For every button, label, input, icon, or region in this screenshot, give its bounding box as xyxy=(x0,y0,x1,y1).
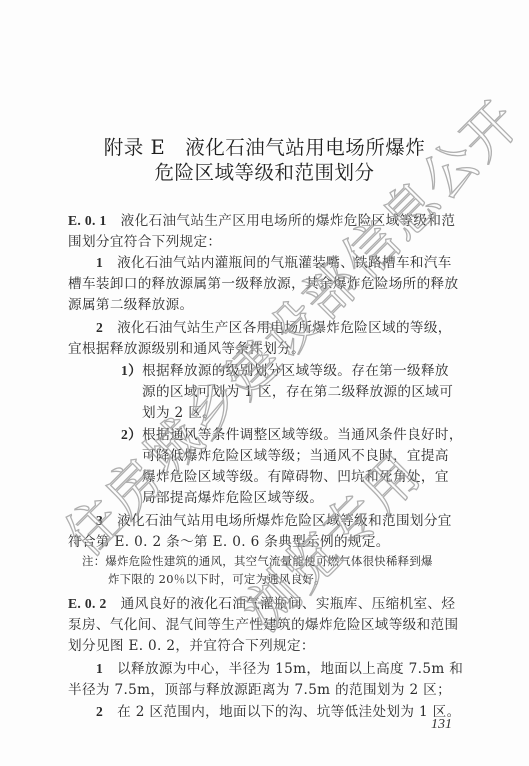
item-text: 液化石油气站用电场所爆炸危险区域等级和范围划分宜 xyxy=(103,513,452,529)
clause-text: 液化石油气站生产区用电场所的爆炸危险区域等级和范 xyxy=(107,213,456,229)
text-line: 符合第 E. 0. 2 条～第 E. 0. 6 条典型示例的规定。 xyxy=(68,530,390,550)
text-line: 槽车装卸口的释放源属第一级释放源，其余爆炸危险场所的释放 xyxy=(68,272,458,292)
text-line: 源的区域可划为 1 区，存在第二级释放源的区域可 xyxy=(142,380,453,400)
text-line: 划分见图 E. 0. 2，并宜符合下列规定： xyxy=(68,634,315,654)
clause-number: E. 0. 2 xyxy=(68,596,107,611)
text-line: 泵房、气化间、混气间等生产性建筑的爆炸危险区域等级和范围 xyxy=(68,613,458,633)
clause-e01: E. 0. 1 液化石油气站生产区用电场所的爆炸危险区域等级和范 xyxy=(68,209,455,229)
item-2: 2 液化石油气站生产区各用电场所爆炸危险区域的等级， xyxy=(96,316,452,336)
item-1: 1 以释放源为中心，半径为 15m，地面以上高度 7.5m 和 xyxy=(96,657,463,677)
text-line: 局部提高爆炸危险区域等级。 xyxy=(142,486,323,506)
appendix-title-line2: 危险区域等级和范围划分 xyxy=(0,157,529,185)
subitem-number: 2） xyxy=(121,427,142,442)
page-number: 131 xyxy=(431,717,452,733)
subitem-1: 1）根据释放源的级别划分区域等级。存在第一级释放 xyxy=(121,359,449,379)
item-1: 1 液化石油气站内灌瓶间的气瓶灌装嘴、铁路槽车和汽车 xyxy=(96,251,452,271)
item-text: 在 2 区范围内，地面以下的沟、坑等低洼处划为 1 区。 xyxy=(103,704,460,720)
clause-e02: E. 0. 2 通风良好的液化石油气灌瓶间、实瓶库、压缩机室、烃 xyxy=(68,592,455,612)
item-3: 3 液化石油气站用电场所爆炸危险区域等级和范围划分宜 xyxy=(96,509,452,529)
item-text: 以释放源为中心，半径为 15m，地面以上高度 7.5m 和 xyxy=(103,661,463,677)
note-line: 炸下限的 20％以下时，可定为通风良好。 xyxy=(108,571,326,587)
text-line: 可降低爆炸危险区域等级；当通风不良时，宜提高 xyxy=(142,444,449,464)
item-2: 2 在 2 区范围内，地面以下的沟、坑等低洼处划为 1 区。 xyxy=(96,700,461,720)
text-line: 爆炸危险区域等级。有障碍物、凹坑和死角处，宜 xyxy=(142,465,449,485)
text-line: 源属第二级释放源。 xyxy=(68,293,194,313)
subitem-number: 1） xyxy=(121,363,142,378)
document-page: 附录 E 液化石油气站用电场所爆炸 危险区域等级和范围划分 E. 0. 1 液化… xyxy=(0,0,529,766)
text-line: 划为 2 区。 xyxy=(142,401,216,421)
subitem-text: 根据通风等条件调整区域等级。当通风条件良好时， xyxy=(142,427,463,443)
clause-number: E. 0. 1 xyxy=(68,213,107,228)
text-line: 围划分宜符合下列规定： xyxy=(68,230,221,250)
note-line: 注：爆炸危险性建筑的通风，其空气流量能使可燃气体很快稀释到爆 xyxy=(82,553,433,569)
clause-text: 通风良好的液化石油气灌瓶间、实瓶库、压缩机室、烃 xyxy=(107,596,456,612)
appendix-title-line1: 附录 E 液化石油气站用电场所爆炸 xyxy=(0,132,529,160)
text-line: 宜根据释放源级别和通风等条件划分。 xyxy=(68,337,305,357)
subitem-2: 2）根据通风等条件调整区域等级。当通风条件良好时， xyxy=(121,423,463,443)
subitem-text: 根据释放源的级别划分区域等级。存在第一级释放 xyxy=(142,363,449,379)
item-text: 液化石油气站内灌瓶间的气瓶灌装嘴、铁路槽车和汽车 xyxy=(103,255,452,271)
text-line: 半径为 7.5m，顶部与释放源距离为 7.5m 的范围划为 2 区； xyxy=(68,678,451,698)
item-text: 液化石油气站生产区各用电场所爆炸危险区域的等级， xyxy=(103,320,452,336)
